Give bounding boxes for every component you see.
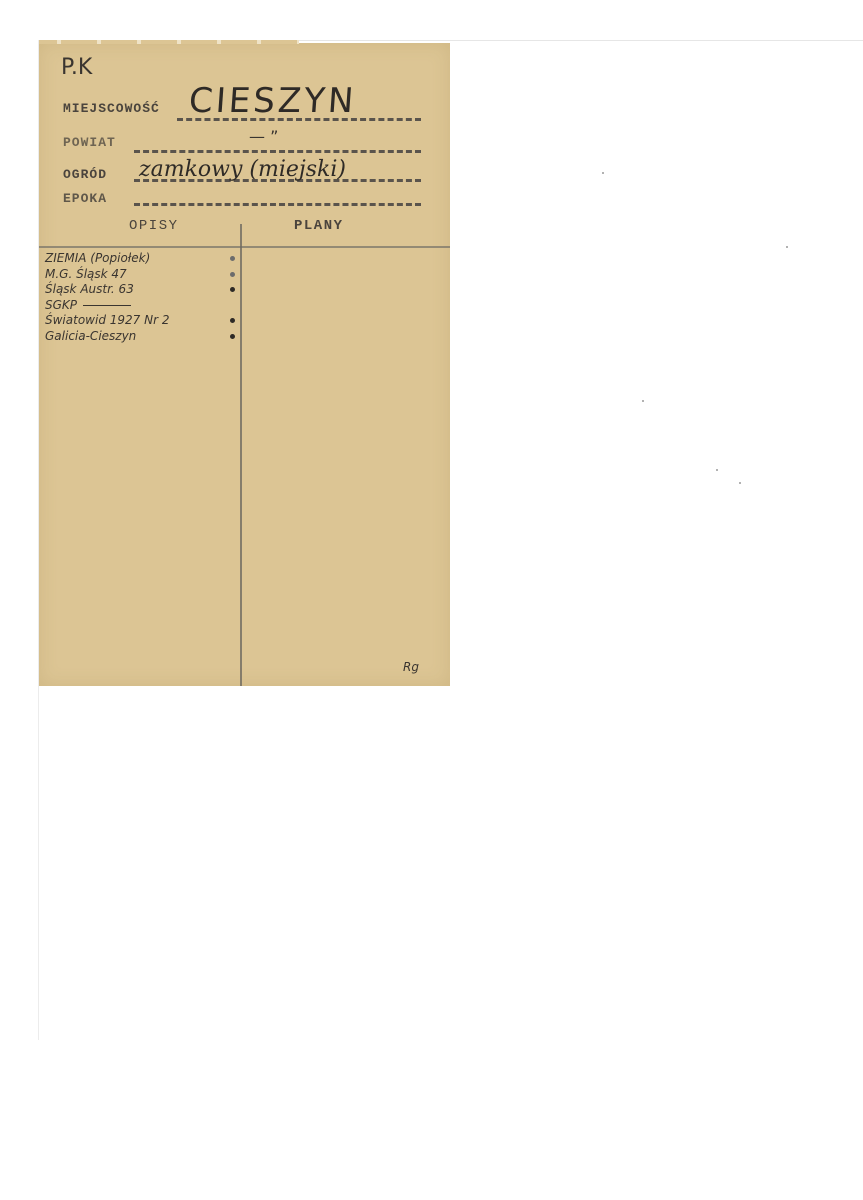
field-line-powiat <box>134 150 421 153</box>
entry-text: Światowid 1927 Nr 2 <box>45 313 169 327</box>
scan-speck <box>642 400 644 402</box>
field-value-powiat: — ” <box>249 127 278 146</box>
header-divider <box>39 246 450 248</box>
card-torn-edge <box>39 40 299 44</box>
list-item: SGKP <box>45 298 240 314</box>
list-item: Światowid 1927 Nr 2 <box>45 313 240 329</box>
field-label-ogrod: OGRÓD <box>63 167 107 182</box>
field-line-epoka <box>134 203 421 206</box>
bullet-dot-icon <box>230 256 235 261</box>
field-label-powiat: POWIAT <box>63 135 116 150</box>
scan-speck <box>716 469 718 471</box>
entry-text: ZIEMIA (Popiołek) <box>45 251 150 265</box>
bullet-dot-icon <box>230 334 235 339</box>
field-label-miejscowosc: MIEJSCOWOŚĆ <box>63 101 160 116</box>
field-label-epoka: EPOKA <box>63 191 107 206</box>
bullet-dot-icon <box>230 272 235 277</box>
dash-mark <box>83 305 131 306</box>
opisy-list: ZIEMIA (Popiołek) M.G. Śląsk 47 Śląsk Au… <box>45 251 240 344</box>
column-header-plany: PLANY <box>294 218 344 234</box>
field-value-miejscowosc: CIESZYN <box>188 81 358 121</box>
entry-text: SGKP <box>45 298 77 312</box>
bullet-dot-icon <box>230 287 235 292</box>
list-item: ZIEMIA (Popiołek) <box>45 251 240 267</box>
index-card: P.K MIEJSCOWOŚĆ CIESZYN POWIAT — ” OGRÓD… <box>39 43 450 686</box>
scan-speck <box>602 172 604 174</box>
entry-text: Galicia-Cieszyn <box>45 329 136 343</box>
scan-speck <box>786 246 788 248</box>
list-item: M.G. Śląsk 47 <box>45 267 240 283</box>
bullet-dot-icon <box>230 318 235 323</box>
field-value-ogrod: zamkowy (miejski) <box>139 157 346 182</box>
list-item: Śląsk Austr. 63 <box>45 282 240 298</box>
signature: Rg <box>403 660 419 674</box>
scan-speck <box>739 482 741 484</box>
list-item: Galicia-Cieszyn <box>45 329 240 345</box>
column-divider <box>240 224 242 686</box>
corner-mark: P.K <box>61 55 92 80</box>
entry-text: M.G. Śląsk 47 <box>45 267 127 281</box>
entry-text: Śląsk Austr. 63 <box>45 282 134 296</box>
column-header-opisy: OPISY <box>129 218 179 234</box>
